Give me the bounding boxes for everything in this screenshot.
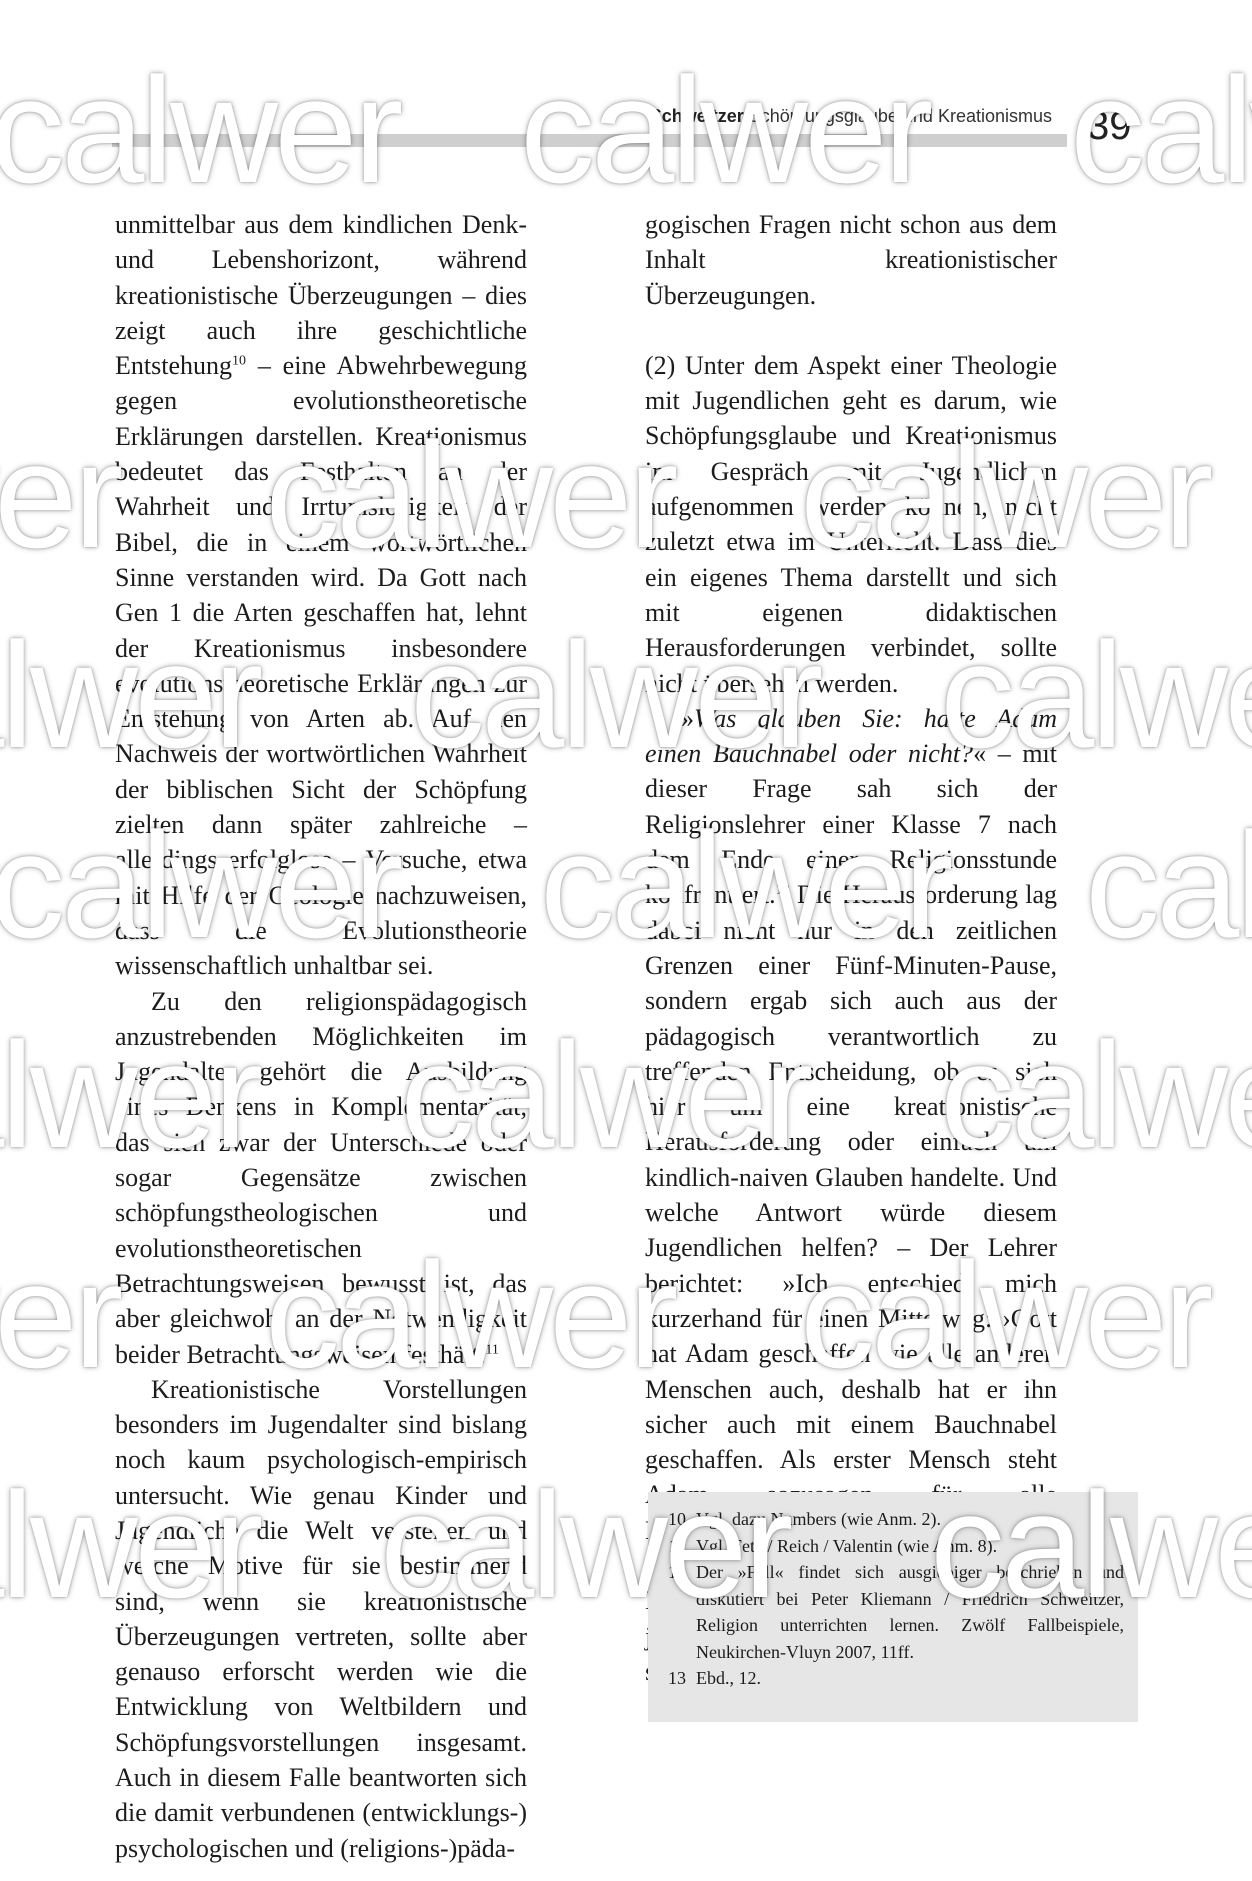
running-header: Schweitzer Schöpfungsglaube und Kreation… (650, 106, 1052, 127)
footnote-item: 12 Der »Fall« findet sich ausgiebiger be… (648, 1559, 1138, 1665)
quote-mark: » (681, 704, 694, 733)
paragraph: »Was glauben Sie: hatte Adam einen Bauch… (645, 701, 1057, 1548)
header-rule (112, 134, 1067, 147)
watermark: calwer (0, 55, 399, 205)
footnote-number: 12 (648, 1559, 696, 1665)
footnote-text: Vgl. dazu Numbers (wie Anm. 2). (696, 1506, 1124, 1533)
paragraph-text: – eine Abwehrbewegung gegen evolutionsth… (115, 351, 527, 980)
footnotes-box: 10 Vgl. dazu Numbers (wie Anm. 2). 11 Vg… (648, 1492, 1138, 1722)
watermark: calwer (0, 420, 119, 570)
header-title: Schöpfungsglaube und Kreationismus (749, 106, 1052, 126)
watermark: calwer (0, 1240, 119, 1390)
paragraph: unmittelbar aus dem kindlichen Denk- und… (115, 207, 527, 984)
footnote-item: 10 Vgl. dazu Numbers (wie Anm. 2). (648, 1506, 1138, 1533)
paragraph: gogischen Fragen nicht schon aus dem Inh… (645, 207, 1057, 313)
left-column: unmittelbar aus dem kindlichen Denk- und… (115, 207, 527, 1866)
page-number: 39 (1087, 104, 1132, 149)
footnote-number: 13 (648, 1665, 696, 1692)
footnote-text: Ebd., 12. (696, 1665, 1124, 1692)
footnote-number: 10 (648, 1506, 696, 1533)
footnote-item: 11 Vgl. Fetz / Reich / Valentin (wie Anm… (648, 1533, 1138, 1560)
header-author: Schweitzer (650, 106, 744, 126)
watermark: calwer (1085, 810, 1252, 960)
paragraph-text: Die Herausforderung lag dabei nicht nur … (645, 880, 1057, 1544)
watermark: calwer (520, 55, 929, 205)
footnote-number: 11 (648, 1533, 696, 1560)
footnote-ref[interactable]: 10 (232, 354, 246, 369)
section-paragraph: (2) Unter dem Aspekt einer Theologie mit… (645, 348, 1057, 701)
right-column: gogischen Fragen nicht schon aus dem Inh… (645, 207, 1057, 1689)
footnote-text: Der »Fall« findet sich ausgiebiger besch… (696, 1559, 1124, 1665)
footnote-ref[interactable]: 12 (776, 883, 790, 898)
paragraph-text: Zu den religionspädagogisch anzustrebend… (115, 987, 527, 1369)
footnote-text: Vgl. Fetz / Reich / Valentin (wie Anm. 8… (696, 1533, 1124, 1560)
footnote-ref[interactable]: 11 (485, 1342, 498, 1357)
paragraph: Zu den religionspädagogisch anzustrebend… (115, 984, 527, 1372)
paragraph: Kreationistische Vorstellungen besonders… (115, 1372, 527, 1866)
footnote-item: 13 Ebd., 12. (648, 1665, 1138, 1692)
